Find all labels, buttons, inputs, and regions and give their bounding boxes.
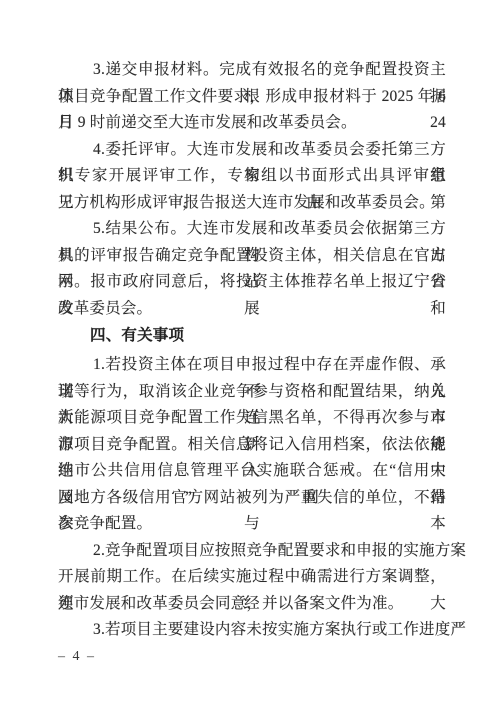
text-line: 项目竞争配置工作文件要求，形成申报材料于 2025 年 6 月 24 xyxy=(58,84,446,111)
page-number: – 4 – xyxy=(58,649,96,665)
text-line: 5.结果公布。大连市发展和改革委员会依据第三方机构出 xyxy=(58,216,446,243)
text-line: 连市发展和改革委员会同意，并以备案文件为准。 xyxy=(58,591,446,618)
text-line: 3.递交申报材料。完成有效报名的竞争配置投资主体根据 xyxy=(58,57,446,84)
text-line: 1.若投资主体在项目申报过程中存在弄虚作假、承诺不兑 xyxy=(58,352,446,379)
text-line: 现等行为，取消该企业竞争参与资格和配置结果，纳入大连市 xyxy=(58,379,446,406)
text-line: 2.竞争配置项目应按照竞争配置要求和申报的实施方案 xyxy=(58,538,446,565)
section-heading: 四、有关事项 xyxy=(58,322,446,352)
text-line: 新能源项目竞争配置工作失信黑名单，不得再次参与本市新能 xyxy=(58,405,446,432)
text-line: 开展前期工作。在后续实施过程中确需进行方案调整，须经大 xyxy=(58,564,446,591)
text-line: 示。报市政府同意后，将投资主体推荐名单上报辽宁省发展和 xyxy=(58,269,446,296)
text-line: 织专家开展评审工作，专家组以书面形式出具评审意见，由第 xyxy=(58,163,446,190)
document-page: 3.递交申报材料。完成有效报名的竞争配置投资主体根据项目竞争配置工作文件要求，形… xyxy=(0,0,500,706)
text-line: 3.若项目主要建设内容未按实施方案执行或工作进度严 xyxy=(58,617,446,644)
text-line: 三方机构形成评审报告报送大连市发展和改革委员会。 xyxy=(58,190,446,217)
text-line: 源项目竞争配置。相关信息将记入信用档案，依法依规纳入大 xyxy=(58,432,446,459)
document-body: 3.递交申报材料。完成有效报名的竞争配置投资主体根据项目竞争配置工作文件要求，形… xyxy=(58,57,446,644)
text-line: 连市公共信用信息管理平台实施联合惩戒。在“信用中国”网站 xyxy=(58,458,446,485)
text-line: 具的评审报告确定竞争配置投资主体，相关信息在官方网站公 xyxy=(58,243,446,270)
text-line: 及地方各级信用官方网站被列为严重失信的单位，不得参与本 xyxy=(58,485,446,512)
text-line: 4.委托评审。大连市发展和改革委员会委托第三方机构组 xyxy=(58,137,446,164)
